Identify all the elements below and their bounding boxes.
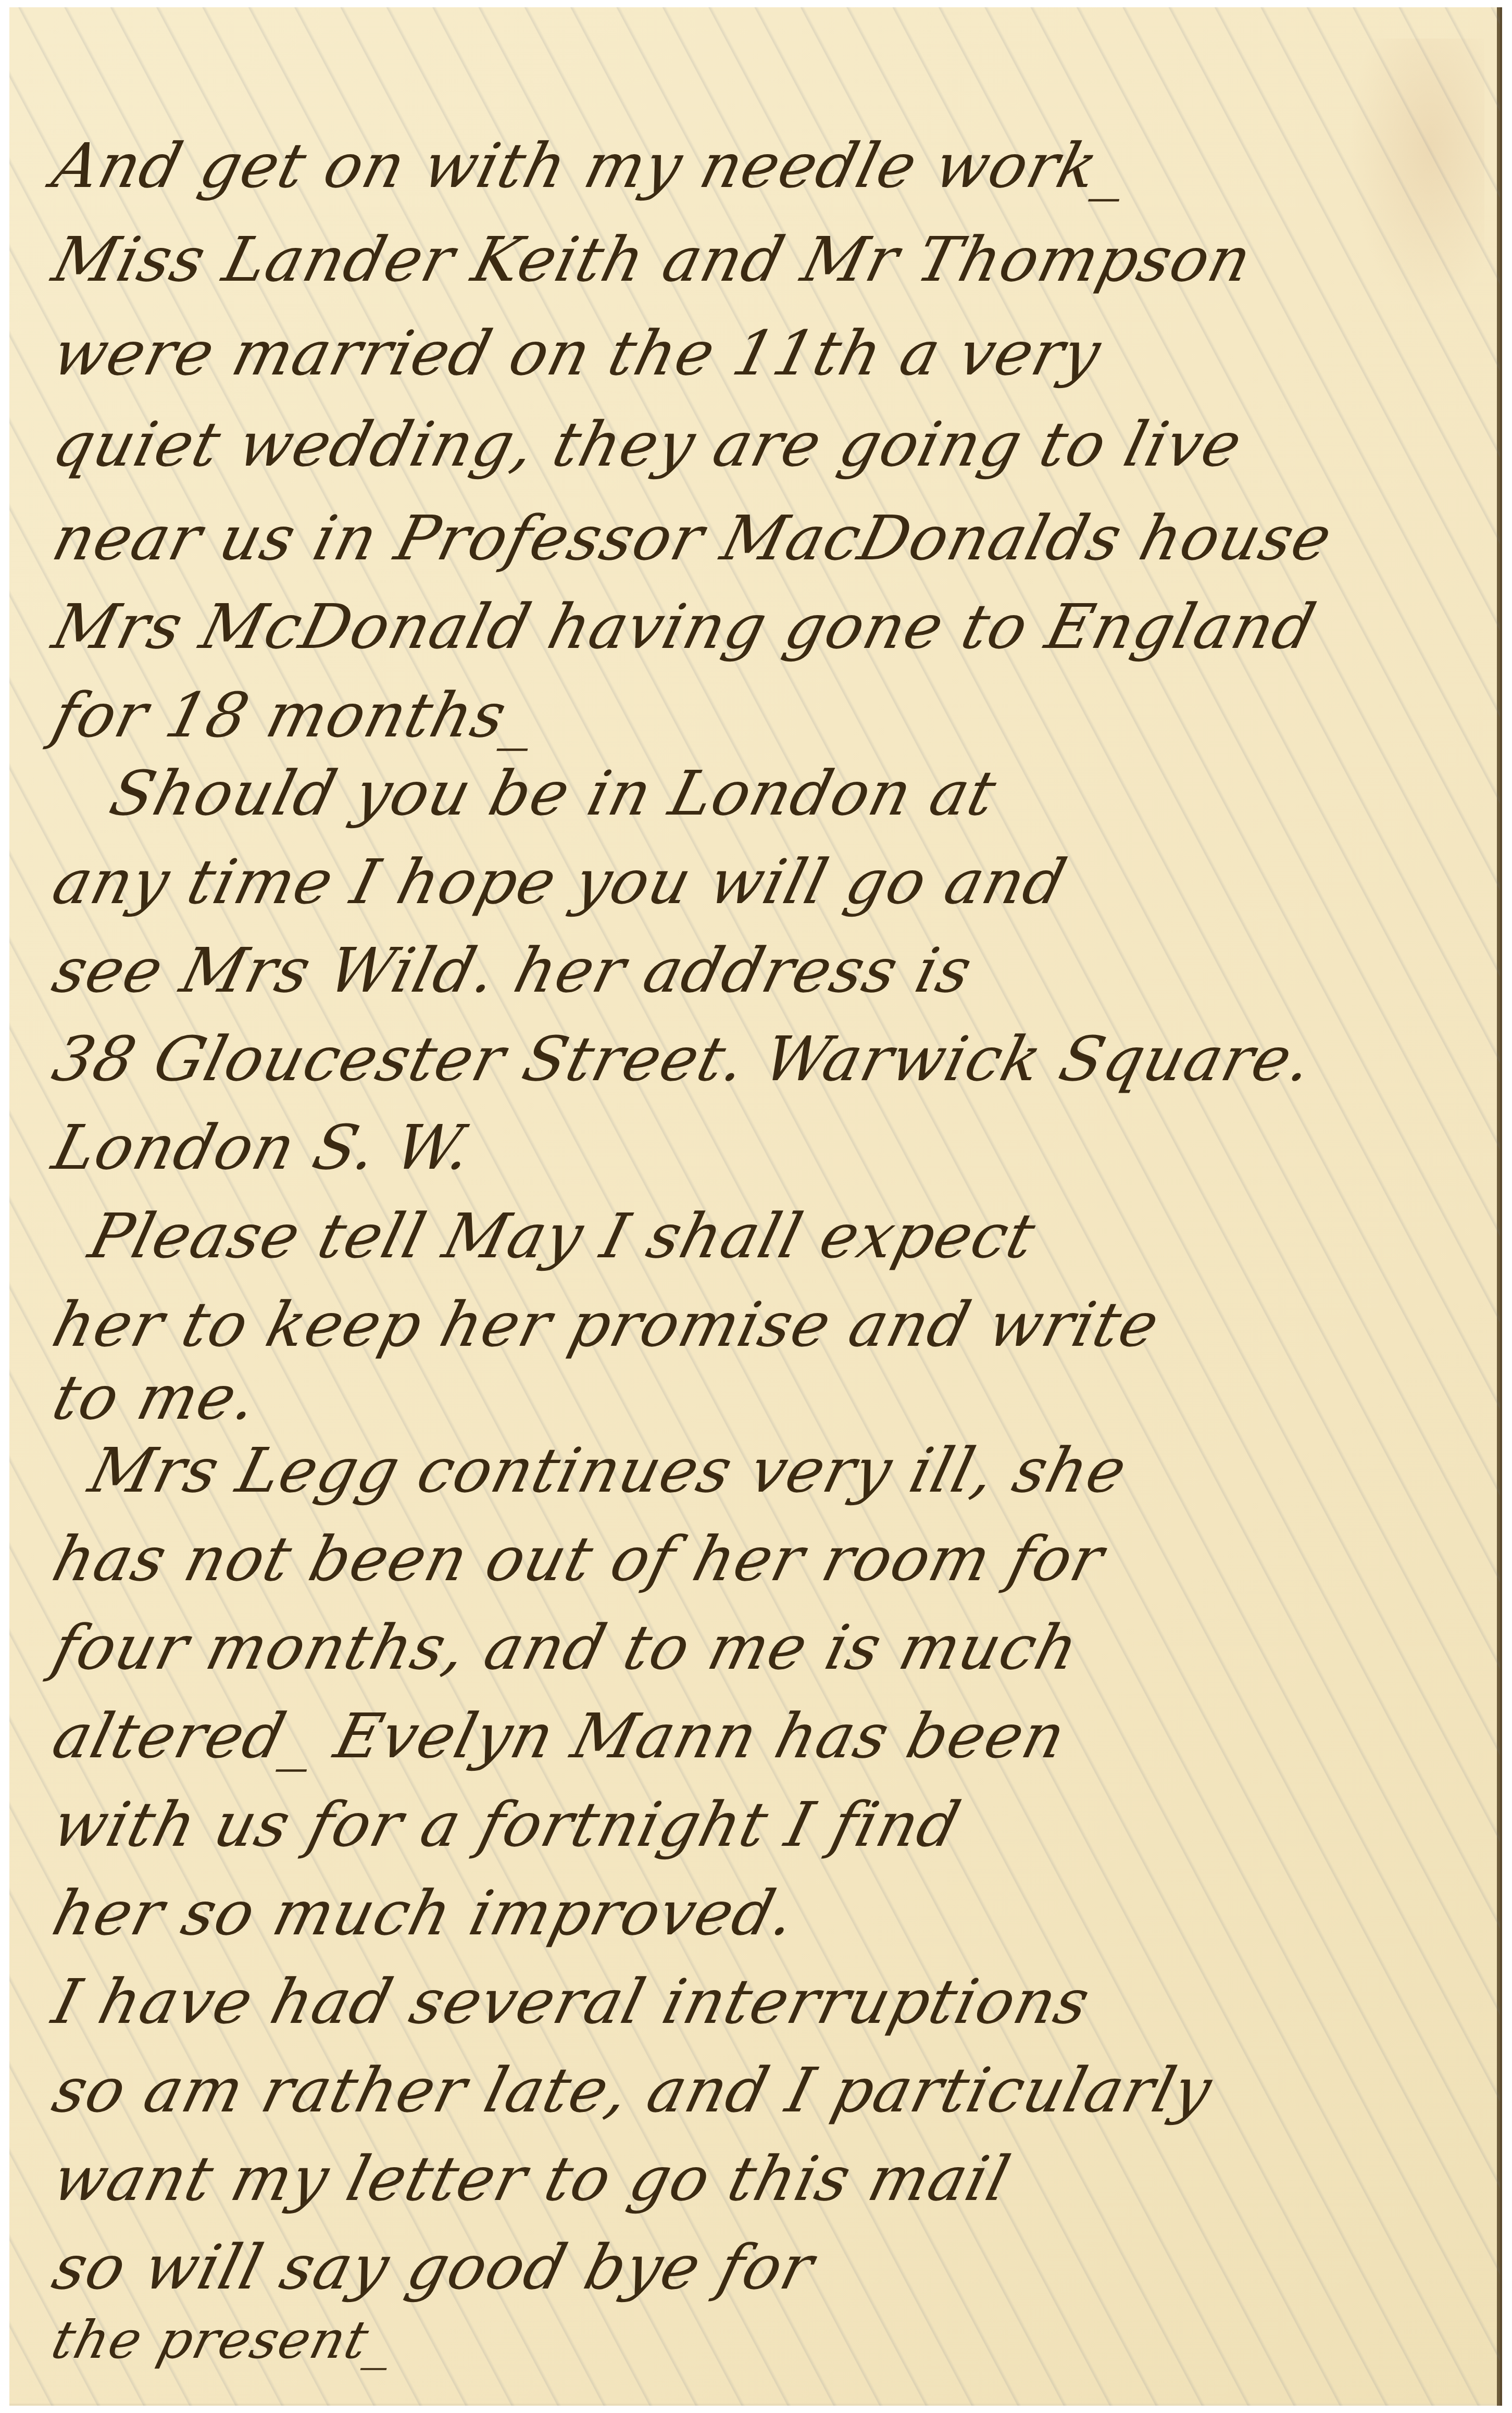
letter-line: any time I hope you will go and — [46, 846, 1074, 918]
letter-line: were married on the 11th a very — [46, 317, 1108, 389]
letter-line: Mrs McDonald having gone to England — [46, 591, 1323, 662]
letter-line: near us in Professor MacDonalds house — [46, 502, 1340, 574]
letter-line: Should you be in London at — [103, 757, 1004, 829]
letter-line: quiet wedding, they are going to live — [46, 408, 1249, 480]
letter-line: want my letter to go this mail — [46, 2143, 1018, 2215]
letter-line: for 18 months_ — [46, 679, 546, 751]
letter-line: And get on with my needle work_ — [46, 130, 1138, 202]
letter-line: her so much improved. — [46, 1877, 804, 1949]
letter-line address: 38 Gloucester Street. Warwick Square. — [46, 1023, 1321, 1095]
letter-line: so will say good bye for — [46, 2231, 822, 2303]
letter-line: the present_ — [46, 2309, 403, 2370]
letter-line: see Mrs Wild. her address is — [46, 934, 980, 1006]
letter-line address: London S. W. — [46, 1111, 480, 1183]
letter-line: four months, and to me is much — [46, 1611, 1086, 1683]
letter-line: altered_ Evelyn Mann has been — [46, 1700, 1073, 1772]
letter-line: to me. — [46, 1361, 266, 1433]
letter-line: I have had several interruptions — [46, 1966, 1097, 2037]
letter-line: Mrs Legg continues very ill, she — [82, 1434, 1134, 1506]
letter-line: so am rather late, and I particularly — [46, 2054, 1220, 2126]
letter-line: has not been out of her room for — [46, 1523, 1111, 1595]
letter-line: her to keep her promise and write — [46, 1289, 1167, 1360]
letter-line: Miss Lander Keith and Mr Thompson — [46, 223, 1259, 295]
letter-line: Please tell May I shall expect — [82, 1200, 1043, 1272]
letter-page: And get on with my needle work_ Miss Lan… — [9, 7, 1502, 2406]
letter-line: with us for a fortnight I find — [46, 1789, 968, 1860]
